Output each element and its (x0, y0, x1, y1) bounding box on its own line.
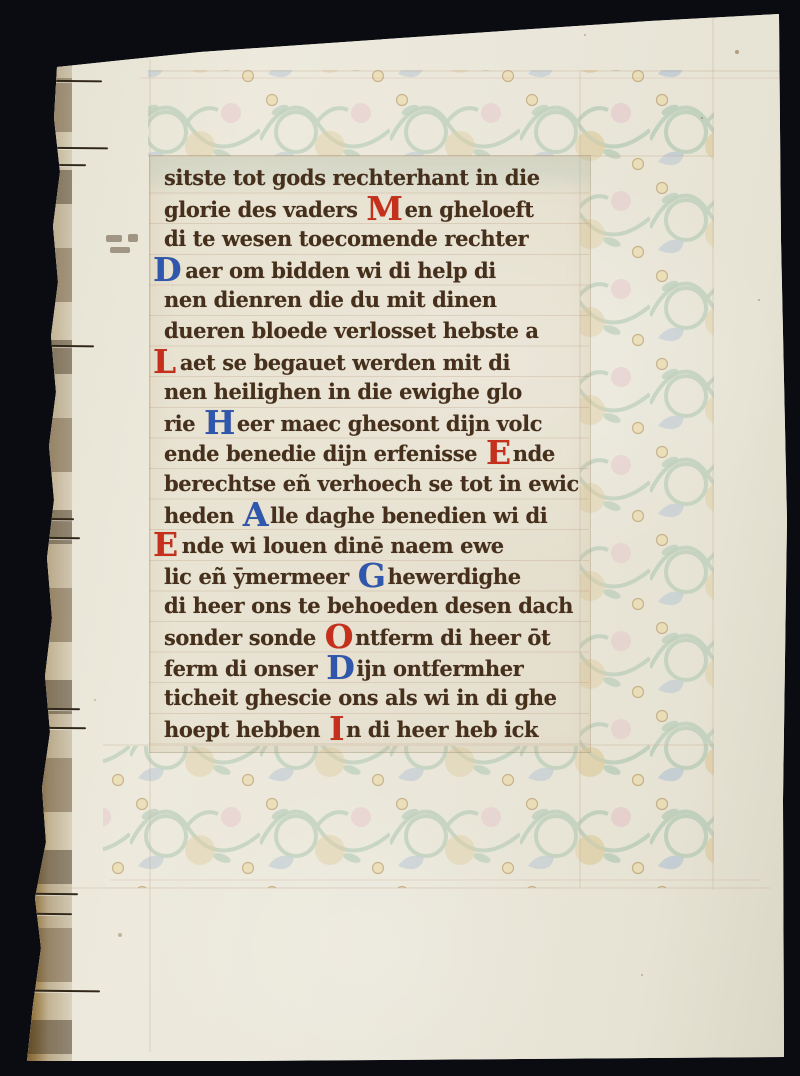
illuminated-initial-red: E (484, 433, 513, 472)
text-run: berechtse eñ verhoech se tot in ewic (164, 471, 579, 496)
text-run: nde wi louen dinē naem ewe (182, 533, 504, 558)
text-line: heden Alle daghe benedien wi di (149, 500, 589, 531)
text-run: lle daghe benedien wi di (270, 503, 547, 528)
text-run: eer maec ghesont dijn volc (237, 411, 542, 436)
text-line: rie Heer maec ghesont dijn volc (149, 408, 589, 439)
text-run: aer om bidden wi di help di (185, 258, 496, 283)
text-line: ferm di onser Dijn ontfermher (149, 653, 589, 684)
text-line: berechtse eñ verhoech se tot in ewic (149, 469, 589, 500)
text-run: nen heilighen in die ewighe glo (164, 379, 522, 404)
manuscript-leaf: sitste tot gods rechterhant in dieglorie… (0, 0, 800, 1076)
text-run: ntferm di heer ōt (355, 625, 550, 650)
text-line: di heer ons te behoeden desen dach (149, 591, 589, 622)
illuminated-initial-blue: H (202, 403, 237, 442)
text-run: lic eñ ȳmermeer (164, 564, 356, 589)
text-line: dueren bloede verlosset hebste a (149, 316, 589, 347)
text-run: aet se begauet werden mit di (180, 350, 510, 375)
text-line: nen dienren die du mit dinen (149, 285, 589, 316)
text-run: en gheloeft (405, 197, 534, 222)
text-run: dueren bloede verlosset hebste a (164, 318, 539, 343)
text-run: di te wesen toecomende rechter (164, 226, 528, 251)
text-line: ticheit ghescie ons als wi in di ghe (149, 683, 589, 714)
illuminated-initial-blue: D (151, 250, 183, 289)
illuminated-initial-red: E (151, 525, 180, 564)
manuscript-text: sitste tot gods rechterhant in dieglorie… (149, 163, 589, 744)
text-run: hoept hebben (164, 717, 327, 742)
text-run: ijn ontfermher (356, 656, 523, 681)
illuminated-initial-red: I (327, 709, 346, 748)
ink-smudge (104, 232, 150, 258)
text-line: sonder sonde Ontferm di heer ōt (149, 622, 589, 653)
text-run: sonder sonde (164, 625, 323, 650)
text-line: ende benedie dijn erfenisse Ende (149, 438, 589, 469)
illuminated-initial-blue: A (241, 495, 270, 534)
text-line: di te wesen toecomende rechter (149, 224, 589, 255)
illuminated-initial-red: M (364, 189, 404, 228)
stain-specks (0, 0, 4, 4)
text-line: Laet se begauet werden mit di (149, 347, 589, 378)
text-run: heden (164, 503, 241, 528)
text-run: n di heer heb ick (346, 717, 538, 742)
illuminated-initial-red: L (151, 342, 178, 381)
text-run: glorie des vaders (164, 197, 364, 222)
text-line: hoept hebben In di heer heb ick (149, 714, 589, 745)
text-line: Daer om bidden wi di help di (149, 255, 589, 286)
text-run: ticheit ghescie ons als wi in di ghe (164, 685, 557, 710)
text-line: glorie des vaders Men gheloeft (149, 194, 589, 225)
text-line: lic eñ ȳmermeer Ghewerdighe (149, 561, 589, 592)
text-run: sitste tot gods rechterhant in die (164, 165, 540, 190)
photo-backdrop: sitste tot gods rechterhant in dieglorie… (0, 0, 800, 1076)
text-run: nen dienren die du mit dinen (164, 287, 497, 312)
text-run: ferm di onser (164, 656, 324, 681)
text-run: nde (513, 441, 555, 466)
text-run: di heer ons te behoeden desen dach (164, 593, 573, 618)
illuminated-initial-blue: G (356, 556, 388, 595)
illuminated-initial-blue: D (324, 648, 356, 687)
text-run: rie (164, 411, 202, 436)
text-run: hewerdighe (388, 564, 521, 589)
text-run: ende benedie dijn erfenisse (164, 441, 484, 466)
